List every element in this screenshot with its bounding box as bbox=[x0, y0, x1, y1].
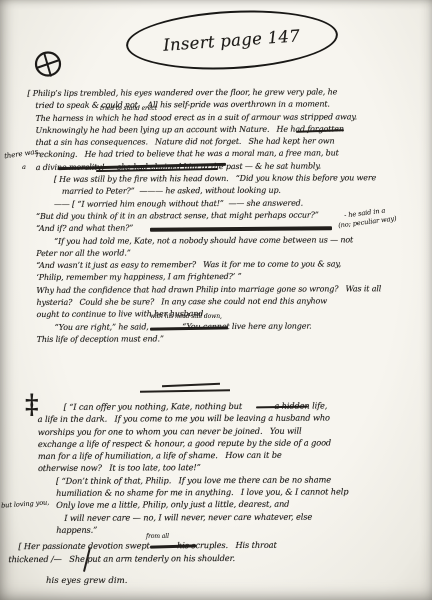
interlinear-note-1: tried to stand erect bbox=[100, 105, 157, 112]
insert-page-label: Insert page 147 bbox=[163, 26, 301, 55]
circled-cross-icon bbox=[33, 49, 63, 85]
manuscript-line: Why had the confidence that had drawn Ph… bbox=[36, 283, 420, 297]
manuscript-line: This life of deception must end.” bbox=[37, 332, 421, 346]
manuscript-line: thickened /— She put an arm tenderly on … bbox=[8, 551, 426, 565]
divider-line-top bbox=[162, 383, 220, 387]
manuscript-block-b: [ “I can offer you nothing, Kate, nothin… bbox=[30, 399, 427, 565]
divider-line-bottom bbox=[140, 389, 230, 393]
manuscript-line: happens.” bbox=[56, 522, 426, 536]
margin-note-left-1b: a bbox=[22, 163, 26, 171]
manuscript-page: Insert page 147 [ Philip’s lips trembled… bbox=[0, 0, 432, 600]
interlinear-note-3: from all bbox=[146, 533, 169, 540]
interlinear-note-2: with his head still down, bbox=[150, 313, 222, 320]
closing-line: his eyes grew dim. bbox=[46, 576, 128, 586]
manuscript-line: [ He was still by the fire with his head… bbox=[54, 172, 420, 186]
section-divider bbox=[140, 384, 230, 396]
insert-page-oval: Insert page 147 bbox=[125, 5, 340, 74]
